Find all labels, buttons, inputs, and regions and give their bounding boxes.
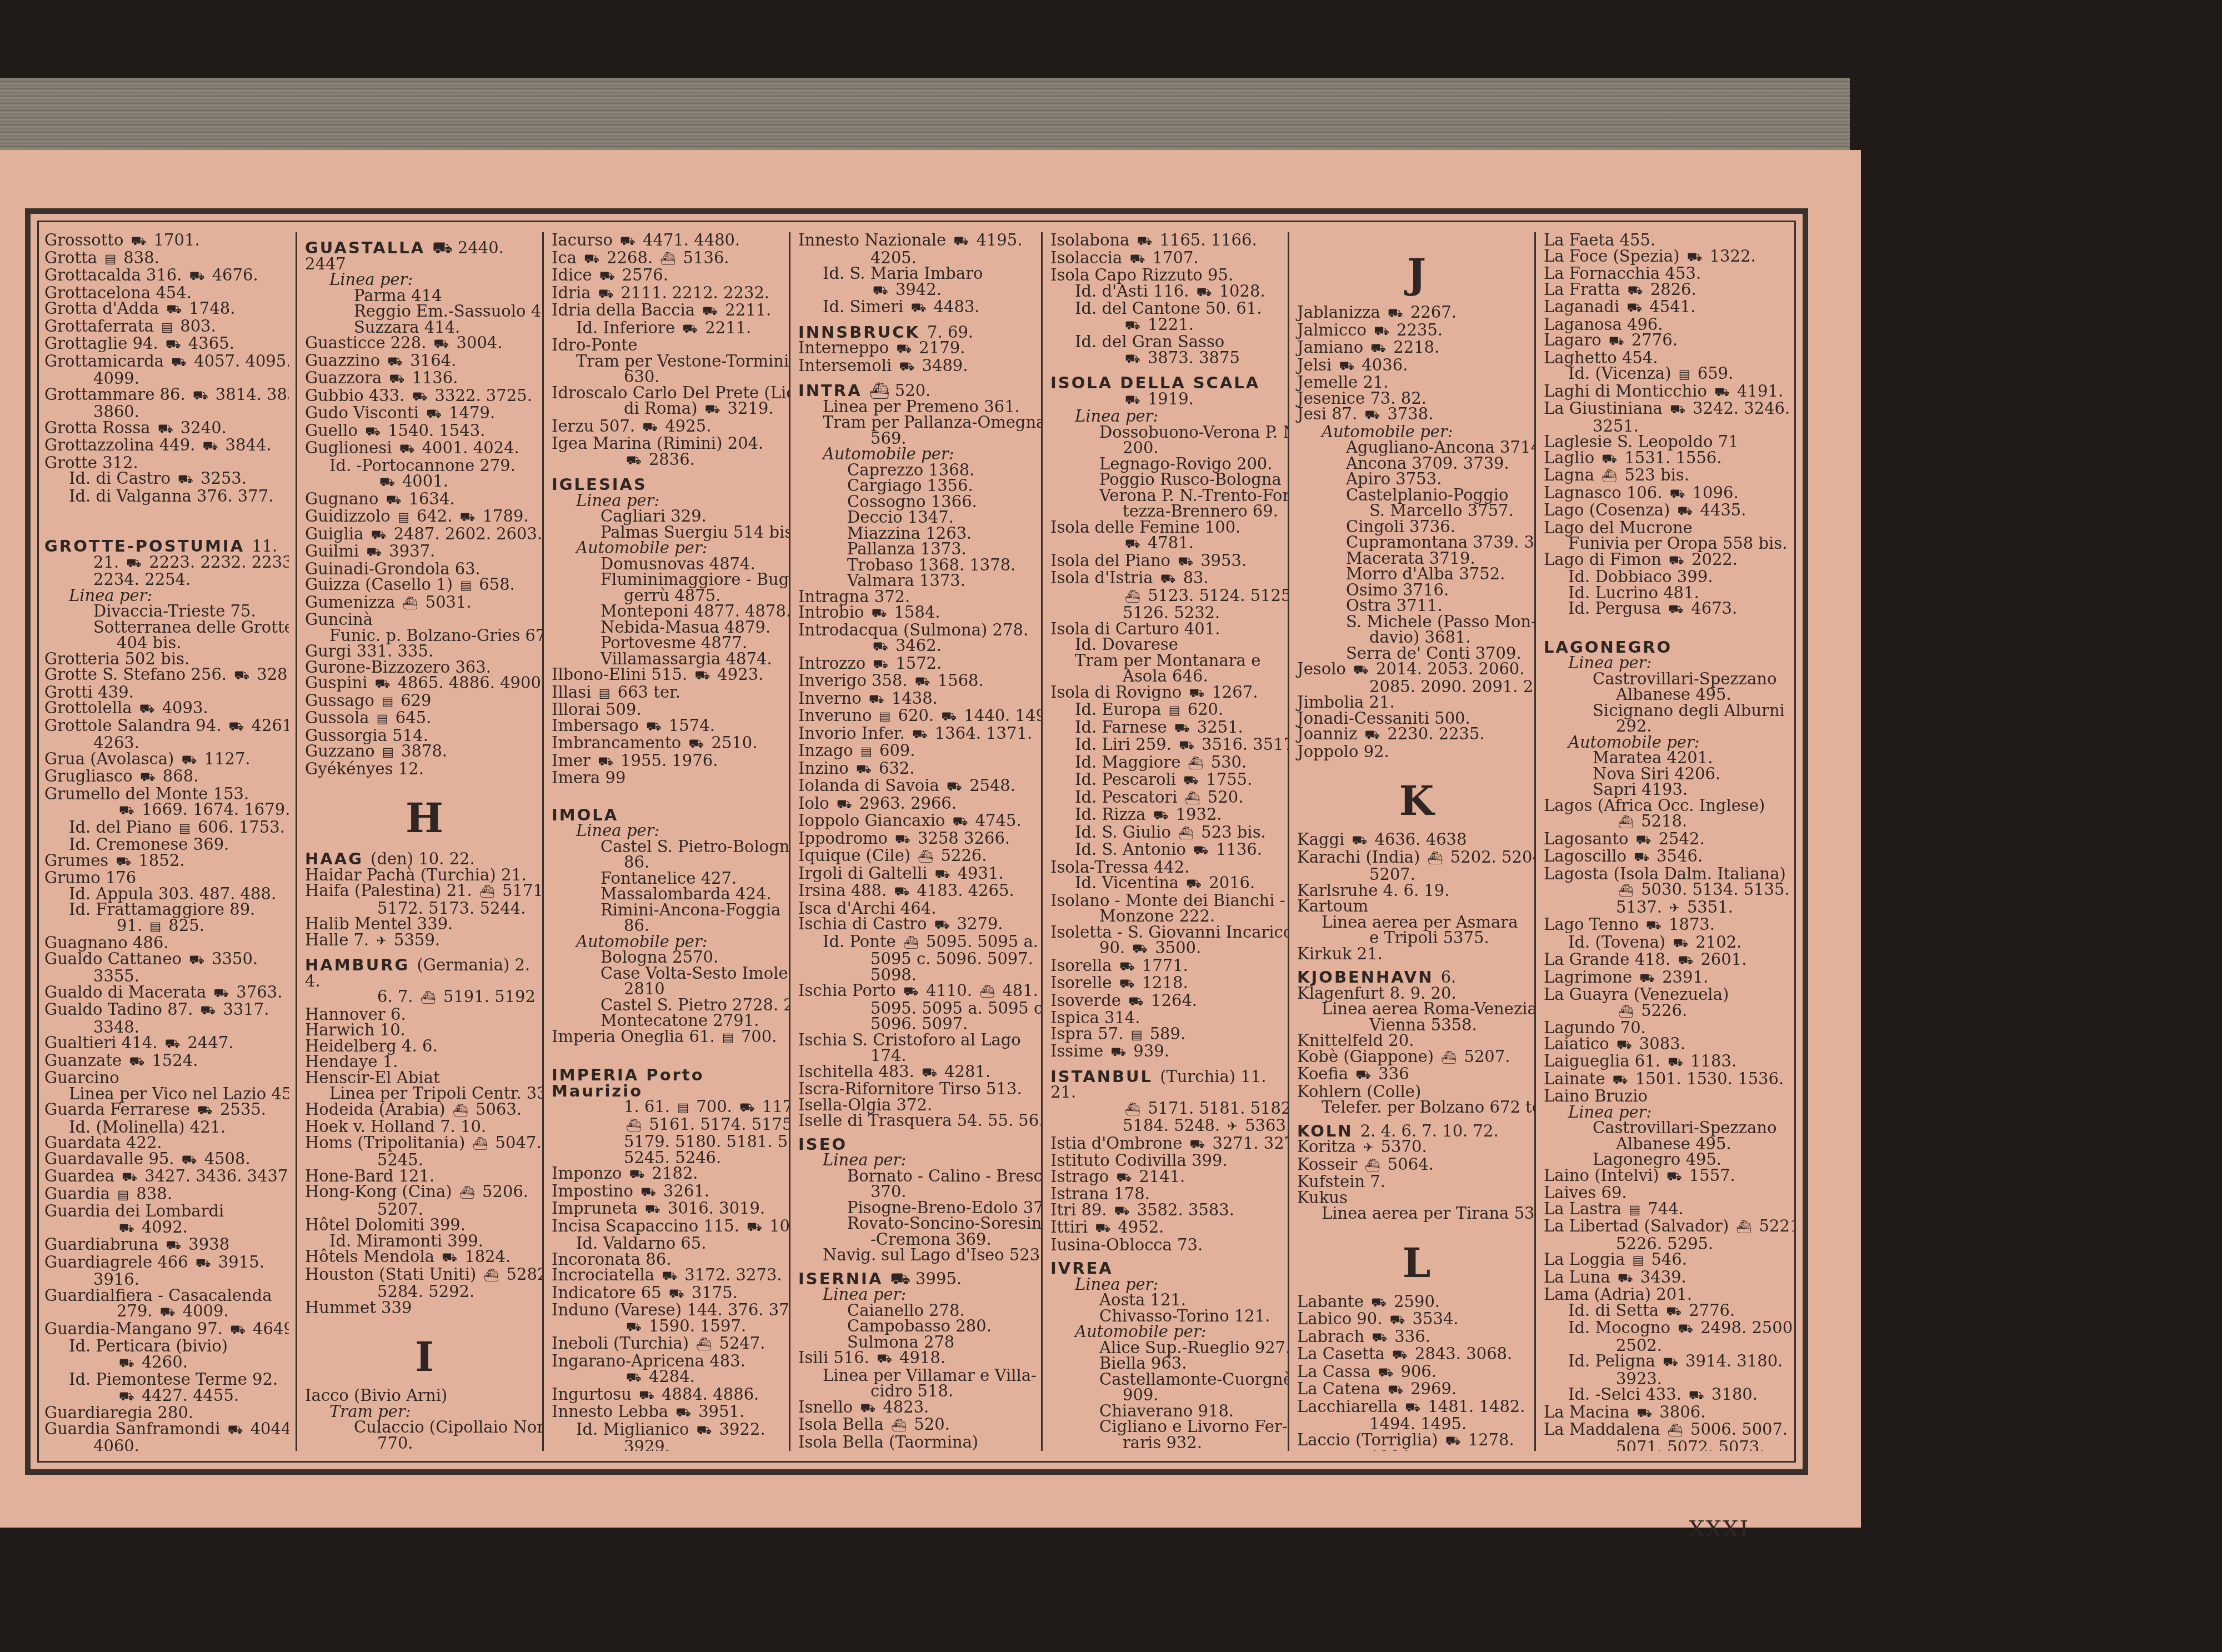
auto-bus-icon: ⛟ <box>399 442 415 458</box>
book-page-edges <box>0 78 1850 156</box>
index-entry: Inzago ▤ 609. <box>798 743 1043 760</box>
auto-bus-icon: ⛟ <box>375 677 391 693</box>
index-entry: Dossobuono-Verona P. N. <box>1050 424 1289 440</box>
auto-bus-icon: ⛟ <box>954 234 969 250</box>
index-entry: Automobile per: <box>1297 424 1536 440</box>
auto-bus-icon: ⛟ <box>1639 971 1655 987</box>
auto-bus-icon: ⛟ <box>895 832 910 848</box>
auto-bus-icon: ⛟ <box>178 472 193 488</box>
auto-bus-icon: ⛟ <box>171 355 187 371</box>
index-entry: Grumello del Monte 153. <box>44 786 289 802</box>
index-entry: Chiaverano 918. <box>1050 1403 1289 1419</box>
auto-bus-icon: ⛟ <box>1628 283 1643 299</box>
city-heading: IMPERIA Porto Maurizio <box>552 1067 790 1099</box>
auto-bus-icon: ⛟ <box>1095 1221 1110 1237</box>
boat-icon: ⛴ <box>1602 469 1617 485</box>
index-entry: Jalmicco ⛟ 2235. <box>1297 322 1536 340</box>
index-entry: Id. Dovarese <box>1050 637 1289 653</box>
train-icon: ▤ <box>1131 1028 1143 1044</box>
index-entry: 5184. 5248. ✈ 5363. <box>1050 1118 1289 1135</box>
index-entry: Grotte 312. <box>44 455 289 471</box>
auto-bus-icon: ⛟ <box>228 1423 243 1439</box>
index-entry: 86. <box>552 854 790 870</box>
index-entry: Jesolo ⛟ 2014. 2053. 2060. <box>1297 661 1536 679</box>
auto-bus-icon: ⛟ <box>1352 833 1368 849</box>
index-entry: Haifa (Palestina) 21. ⛴ 5171. <box>305 883 544 900</box>
index-entry: Imer ⛟ 1955. 1976. <box>552 753 790 770</box>
index-entry: Castrovillari-Spezzano <box>1544 1120 1794 1136</box>
city-heading: ISEO <box>798 1137 1043 1153</box>
index-entry: Morro d'Alba 3752. <box>1297 566 1536 582</box>
index-entry: Isoverde ⛟ 1264. <box>1050 993 1289 1010</box>
auto-bus-icon: ⛟ <box>366 545 382 561</box>
train-icon: ▤ <box>161 320 173 336</box>
index-entry: ⛟ 3942. <box>798 282 1043 299</box>
auto-bus-icon: ⛟ <box>166 1238 181 1254</box>
boat-icon: ⛴ <box>421 990 436 1007</box>
index-entry: Lagosanto ⛟ 2542. <box>1544 831 1794 849</box>
boat-icon: ⛴ <box>1428 851 1443 867</box>
index-entry: ⛟ 2836. <box>552 452 790 469</box>
index-entry: Automobile per: <box>552 934 790 950</box>
index-entry: 5245. <box>305 1152 544 1168</box>
boat-icon: ⛴ <box>1185 791 1200 807</box>
index-entry: Rimini-Ancona-Foggia <box>552 902 790 918</box>
index-entry: Bornato - Calino - Brescia <box>798 1168 1043 1184</box>
index-entry: Hoek v. Holland 7. 10. <box>305 1119 544 1135</box>
index-entry: 2234. 2254. <box>44 572 289 588</box>
city-heading-name: HAMBURG <box>305 955 417 974</box>
index-entry: Istrana 178. <box>1050 1186 1289 1202</box>
index-entry: Homs (Tripolitania) ⛴ 5047. <box>305 1135 544 1153</box>
index-entry: S. Marcello 3757. <box>1297 503 1536 519</box>
index-column-4: Innesto Nazionale ⛟ 4195.4205.Id. S. Mar… <box>789 232 1043 1451</box>
auto-bus-icon: ⛟ <box>682 322 698 338</box>
index-entry: Id. (Vicenza) ▤ 659. <box>1544 366 1794 383</box>
auto-bus-icon: ⛟ <box>131 234 147 250</box>
index-entry: Parma 414 <box>305 288 544 304</box>
index-entry: Lago Tenno ⛟ 1873. <box>1544 917 1794 934</box>
index-entry: Osimo 3716. <box>1297 582 1536 598</box>
index-entry: Ischitella 483. ⛟ 4281. <box>798 1064 1043 1082</box>
city-heading: KOLN 2. 4. 6. 7. 10. 72. <box>1297 1123 1536 1139</box>
index-entry: Cargiago 1356. <box>798 478 1043 494</box>
boat-icon: ⛴ <box>1736 1220 1751 1236</box>
index-entry: Laigueglia 61. ⛟ 1183. <box>1544 1053 1794 1071</box>
city-heading: INNSBRUCK 7. 69. <box>798 324 1043 341</box>
spacer <box>44 517 289 530</box>
index-entry: tezza-Brennero 69. <box>1050 503 1289 519</box>
index-entry: Introdacqua (Sulmona) 278. <box>798 622 1043 638</box>
index-entry: Idria della Baccia ⛟ 2211. <box>552 302 790 320</box>
auto-bus-icon: ⛟ <box>894 884 909 900</box>
spacer <box>44 504 289 517</box>
index-entry: Innesto Nazionale ⛟ 4195. <box>798 232 1043 250</box>
index-entry: Linea per: <box>44 588 289 604</box>
index-entry: 4263. <box>44 735 289 751</box>
auto-bus-icon: ⛟ <box>119 803 134 819</box>
auto-bus-icon: ⛟ <box>1130 252 1145 268</box>
index-entry: Croceserra-Donato 966. <box>1050 1450 1289 1451</box>
index-entry: Caprezzo 1368. <box>798 462 1043 478</box>
index-entry: Isolaccia ⛟ 1707. <box>1050 250 1289 268</box>
index-entry: Isorelle ⛟ 1218. <box>1050 975 1289 993</box>
train-icon: ▤ <box>677 1100 689 1117</box>
index-entry: Guazzora ⛟ 1136. <box>305 370 544 388</box>
index-entry: Invorio Infer. ⛟ 1364. 1371. <box>798 725 1043 743</box>
index-entry: Villamassargia 4874. <box>552 651 790 667</box>
auto-bus-icon: ⛟ <box>860 1401 875 1417</box>
index-entry: 4099. <box>44 371 289 387</box>
index-entry: Id. Rizza ⛟ 1932. <box>1050 807 1289 824</box>
index-entry: Lagoscillo ⛟ 3546. <box>1544 848 1794 866</box>
index-entry: Guardiagrele 466 ⛟ 3915. <box>44 1254 289 1272</box>
index-entry: Kufstein 7. <box>1297 1174 1536 1190</box>
index-entry: 569. <box>798 430 1043 447</box>
index-entry: 5137. ✈ 5351. <box>1544 899 1794 917</box>
index-entry: Istituto Codivilla 399. <box>1050 1153 1289 1169</box>
index-entry: Ispra 57. ▤ 589. <box>1050 1026 1289 1044</box>
index-entry: Lago (Cosenza) ⛟ 4435. <box>1544 502 1794 520</box>
auto-bus-icon: ⛟ <box>1186 877 1202 893</box>
index-entry: Isola-Tressa 442. <box>1050 859 1289 875</box>
index-entry: 174. <box>798 1048 1043 1064</box>
index-entry: La Catena ⛟ 2969. <box>1297 1381 1536 1399</box>
index-entry: Guarda Ferrarese ⛟ 2535. <box>44 1102 289 1119</box>
auto-bus-icon: ⛟ <box>896 342 912 358</box>
boat-icon: ⛴ <box>1668 1423 1683 1439</box>
index-entry: Houston (Stati Uniti) ⛴ 5282. <box>305 1266 544 1284</box>
index-entry: Guazzino ⛟ 3164. <box>305 353 544 371</box>
index-entry: La Maddalena ⛴ 5006. 5007. <box>1544 1421 1794 1439</box>
auto-bus-icon: ⛟ <box>365 424 381 440</box>
section-letter: I <box>305 1332 544 1382</box>
index-entry: Incisa Scapaccino 115. ⛟ 1028 <box>552 1218 790 1236</box>
auto-bus-icon: ⛟ <box>386 493 402 509</box>
auto-bus-icon: ⛟ <box>1663 1355 1678 1371</box>
index-entry: Serra de' Conti 3709. <box>1297 645 1536 662</box>
index-entry: Linea per Vico nel Lazio 456. <box>44 1086 289 1102</box>
boat-icon: ⛴ <box>1178 826 1194 842</box>
index-entry: Linea per: <box>1050 1276 1289 1293</box>
index-entry: Id. Valdarno 65. <box>552 1235 790 1251</box>
auto-bus-icon: ⛟ <box>1388 1383 1403 1399</box>
auto-bus-icon: ⛟ <box>1179 738 1194 754</box>
index-entry: 404 bis. <box>44 635 289 651</box>
auto-bus-icon: ⛟ <box>1627 301 1642 317</box>
index-entry: Suzzara 414. <box>305 319 544 336</box>
index-entry: Hodeida (Arabia) ⛴ 5063. <box>305 1102 544 1119</box>
auto-bus-icon: ⛟ <box>662 1269 677 1285</box>
index-entry: Gualdo di Macerata ⛟ 3763. <box>44 984 289 1002</box>
index-entry: Incoronata 86. <box>552 1251 790 1268</box>
index-entry: Isola Bella ⛴ 520. <box>798 1416 1043 1434</box>
index-entry: Jesi 87. ⛟ 3738. <box>1297 406 1536 424</box>
index-entry: Asola 646. <box>1050 668 1289 684</box>
boat-icon: ⛴ <box>403 596 418 612</box>
index-entry: 1284. <box>1297 1449 1536 1451</box>
index-entry: 5095. 5095 a. 5095 c. <box>798 1000 1043 1017</box>
index-entry: 3916. <box>44 1271 289 1288</box>
index-entry: Gyékényes 12. <box>305 761 544 777</box>
index-entry: Id. Miramonti 399. <box>305 1233 544 1249</box>
index-entry: 5172. 5173. 5244. <box>305 900 544 917</box>
index-entry: Irsina 488. ⛟ 4183. 4265. <box>798 883 1043 900</box>
auto-bus-icon: ⛟ <box>873 657 888 673</box>
index-entry: Karlsruhe 4. 6. 19. <box>1297 883 1536 899</box>
index-entry: Guardia ▤ 838. <box>44 1186 289 1204</box>
index-entry: ⛟ 3873. 3875 <box>1050 350 1289 368</box>
auto-bus-icon: ⛟ <box>1189 686 1205 702</box>
index-entry: Id. -Portocannone 279. <box>305 458 544 474</box>
index-entry: 770. <box>305 1435 544 1451</box>
auto-bus-icon: ⛟ <box>1714 385 1730 401</box>
index-entry: Palmas Suergiu 514 bis. <box>552 524 790 540</box>
auto-bus-icon: ⛟ <box>389 372 405 388</box>
auto-bus-icon: ⛟ <box>196 1256 211 1272</box>
index-entry: Id. Liri 259. ⛟ 3516. 3517. <box>1050 737 1289 754</box>
train-icon: ▤ <box>460 578 472 594</box>
index-entry: Id. S. Antonio ⛟ 1136. <box>1050 842 1289 859</box>
auto-bus-icon: ⛟ <box>1687 250 1703 266</box>
auto-bus-icon: ⛟ <box>1390 1313 1405 1329</box>
auto-bus-icon: ⛟ <box>1668 1055 1683 1071</box>
city-heading: ISTANBUL (Turchia) 11. 21. <box>1050 1069 1289 1100</box>
index-entry: Id. di Castro ⛟ 3253. <box>44 470 289 488</box>
index-entry: Guglionesi ⛟ 4001. 4024. <box>305 440 544 458</box>
index-entry: Castel S. Pietro-Bologna <box>552 839 790 855</box>
index-entry: Funivia per Oropa 558 bis. <box>1544 535 1794 552</box>
index-entry: Nova Siri 4206. <box>1544 766 1794 782</box>
city-heading: ISOLA DELLA SCALA <box>1050 375 1289 391</box>
index-entry: Reggio Em.-Sassuolo 412. <box>305 303 544 319</box>
auto-bus-icon: ⛟ <box>646 719 662 735</box>
city-heading: ISERNIA ⛟ 3995. <box>798 1271 1043 1287</box>
auto-bus-icon: ⛟ <box>598 754 613 770</box>
index-entry: Id. Farnese ⛟ 3251. <box>1050 719 1289 737</box>
spacer <box>1544 618 1794 632</box>
index-entry: ⛟ 1590. 1597. <box>552 1318 790 1336</box>
auto-bus-icon: ⛟ <box>119 1221 134 1237</box>
index-entry: Pisogne-Breno-Edolo 370. <box>798 1200 1043 1216</box>
index-entry: Linea aerea per Asmara <box>1297 914 1536 930</box>
auto-bus-icon: ⛟ <box>626 1320 642 1336</box>
index-entry: Iacco (Bivio Arni) <box>305 1388 544 1404</box>
index-entry: Ingurtosu ⛟ 4884. 4886. <box>552 1386 790 1404</box>
index-entry: Incrociatella ⛟ 3172. 3273. <box>552 1267 790 1285</box>
index-entry: Jablanizza ⛟ 2267. <box>1297 304 1536 322</box>
auto-bus-icon: ⛟ <box>1174 721 1190 737</box>
auto-bus-icon: ⛟ <box>230 1323 246 1339</box>
index-entry: Guardavalle 95. ⛟ 4508. <box>44 1151 289 1169</box>
index-entry: Imbrancamento ⛟ 2510. <box>552 735 790 753</box>
index-entry: Ingarano-Apricena 483. <box>552 1353 790 1369</box>
index-entry: 91. ▤ 825. <box>44 918 289 935</box>
auto-bus-icon: ⛟ <box>1125 318 1140 334</box>
index-entry: ⛴ 5123. 5124. 5125. <box>1050 588 1289 605</box>
auto-bus-icon: ⛟ <box>872 606 887 622</box>
index-entry: Guilmi ⛟ 3937. <box>305 543 544 561</box>
auto-bus-icon: ⛟ <box>947 779 962 795</box>
index-entry: 3355. <box>44 968 289 984</box>
index-entry: ⛴ 5218. <box>1544 813 1794 831</box>
auto-bus-icon: ⛟ <box>126 556 142 572</box>
index-entry: Cigliano e Livorno Fer- <box>1050 1419 1289 1435</box>
index-entry: Isola Capo Rizzuto 95. <box>1050 267 1289 283</box>
index-entry: Isola di Carturo 401. <box>1050 621 1289 637</box>
index-entry: Id. Frattamaggiore 89. <box>44 902 289 918</box>
index-entry: Ischia di Castro ⛟ 3279. <box>798 916 1043 934</box>
index-entry: Automobile per: <box>552 540 790 556</box>
auto-bus-icon: ⛟ <box>1365 728 1380 744</box>
auto-bus-icon: ⛟ <box>640 1185 656 1201</box>
index-entry: Tram per Montanara e <box>1050 653 1289 669</box>
auto-bus-icon: ⛟ <box>1668 602 1684 618</box>
index-entry: Guiglia ⛟ 2487. 2602. 2603. <box>305 526 544 544</box>
auto-bus-icon: ⛟ <box>645 1202 660 1218</box>
index-entry: Guasticce 228. ⛟ 3004. <box>305 335 544 353</box>
index-entry: La Cassa ⛟ 906. <box>1297 1364 1536 1381</box>
auto-bus-icon: ⛟ <box>911 301 927 317</box>
index-entry: Istrago ⛟ 2141. <box>1050 1169 1289 1187</box>
index-entry: raris 932. <box>1050 1435 1289 1451</box>
auto-bus-icon: ⛟ <box>1388 306 1403 322</box>
index-column-3: Iacurso ⛟ 4471. 4480.Ica ⛟ 2268. ⛴ 5136.… <box>542 232 790 1451</box>
train-icon: ▤ <box>377 712 388 728</box>
boat-icon: ⛴ <box>979 984 995 1000</box>
auto-bus-icon: ⛟ <box>1339 359 1354 375</box>
index-entry: La Libertad (Salvador) ⛴ 5221 <box>1544 1218 1794 1236</box>
index-entry: Culaccio (Cipollaio Nord) <box>305 1419 544 1435</box>
auto-bus-icon: ⛟ <box>1405 1400 1420 1416</box>
index-entry: Issime ⛟ 939. <box>1050 1043 1289 1061</box>
index-entry: Rovato-Soncino-Soresina <box>798 1215 1043 1232</box>
auto-bus-icon: ⛟ <box>1374 324 1389 340</box>
auto-bus-icon: ⛟ <box>1670 402 1685 418</box>
index-page: Grossotto ⛟ 1701.Grotta ▤ 838.Grottacald… <box>0 150 1861 1528</box>
index-entry: Inveruno ▤ 620. ⛟ 1440. 1497. <box>798 708 1043 725</box>
index-entry: Guardia-Mangano 97. ⛟ 4649. <box>44 1321 289 1339</box>
index-entry: ⛟ 1669. 1674. 1679. <box>44 802 289 819</box>
index-entry: Grottacalda 316. ⛟ 4676. <box>44 267 289 285</box>
index-entry: Gualdo Cattaneo ⛟ 3350. <box>44 951 289 969</box>
index-entry: Gualdo Tadino 87. ⛟ 3317. <box>44 1002 289 1019</box>
index-entry: Joanniz ⛟ 2230. 2235. <box>1297 726 1536 744</box>
index-entry: Kirkuk 21. <box>1297 946 1536 962</box>
index-entry: 6. 7. ⛴ 5191. 5192 <box>305 989 544 1007</box>
auto-bus-icon: ⛟ <box>903 984 919 1000</box>
auto-bus-icon: ⛟ <box>1613 1073 1628 1089</box>
index-entry: 2810 <box>552 981 790 997</box>
index-entry: Gubbio 433. ⛟ 3322. 3725. <box>305 388 544 406</box>
auto-bus-icon: ⛟ <box>1128 994 1144 1010</box>
city-heading: IGLESIAS <box>552 477 790 493</box>
index-entry: -Cremona 369. <box>798 1232 1043 1248</box>
auto-bus-icon: ⛟ <box>915 674 930 690</box>
auto-bus-icon: ⛟ <box>1116 1170 1132 1187</box>
index-entry: 5096. 5097. <box>798 1016 1043 1032</box>
auto-bus-icon: ⛟ <box>1193 843 1209 859</box>
auto-bus-icon: ⛟ <box>953 814 968 830</box>
index-entry: Lagna ⛴ 523 bis. <box>1544 467 1794 485</box>
index-entry: Miazzina 1263. <box>798 525 1043 542</box>
index-entry: Ilbono-Elini 515. ⛟ 4923. <box>552 667 790 684</box>
index-entry: Iquique (Cile) ⛴ 5226. <box>798 848 1043 865</box>
index-entry: Halle 7. ✈ 5359. <box>305 932 544 950</box>
index-column-2: GUASTALLA ⛟ 2440. 2447Linea per:Parma 41… <box>296 232 544 1451</box>
index-entry: Monteponi 4877. 4878. <box>552 603 790 619</box>
index-entry: La Fornacchia 453. <box>1544 266 1794 282</box>
index-entry: La Macina ⛟ 3806. <box>1544 1404 1794 1422</box>
index-entry: Id. Appula 303. 487. 488. <box>44 886 289 902</box>
index-entry: Laganadi ⛟ 4541. <box>1544 299 1794 317</box>
plane-icon: ✈ <box>1669 901 1679 917</box>
index-entry: Cingoli 3736. <box>1297 519 1536 535</box>
index-entry: Grua (Avolasca) ⛟ 1127. <box>44 751 289 769</box>
index-entry: Haidar Pachà (Turchia) 21. <box>305 867 544 883</box>
index-entry: Iacurso ⛟ 4471. 4480. <box>552 232 790 250</box>
index-entry: Massalombarda 424. <box>552 886 790 902</box>
page-frame: Grossotto ⛟ 1701.Grotta ▤ 838.Grottacald… <box>25 208 1808 1475</box>
index-entry: Linea per Tripoli Centr. 331. <box>305 1085 544 1102</box>
index-entry: Verona P. N.-Trento-For- <box>1050 488 1289 504</box>
index-entry: Ierzu 507. ⛟ 4925. <box>552 418 790 436</box>
index-entry: Pallanza 1373. <box>798 541 1043 557</box>
index-entry: 86. <box>552 918 790 934</box>
city-heading: IMOLA <box>552 807 790 823</box>
index-entry: Deccio 1347. <box>798 509 1043 525</box>
index-entry: Id. (Molinella) 421. <box>44 1119 289 1135</box>
index-entry: Kaggi ⛟ 4636. 4638 <box>1297 832 1536 849</box>
boat-icon: ⛴ <box>1618 815 1634 831</box>
index-entry: Linea per: <box>1544 655 1794 671</box>
index-entry: Id. Peligna ⛟ 3914. 3180. <box>1544 1353 1794 1371</box>
index-entry: ⛟ 4260. <box>44 1354 289 1372</box>
index-entry: Isoletta - S. Giovanni Incarico <box>1050 924 1289 940</box>
auto-bus-icon: ⛟ <box>899 359 915 376</box>
index-entry: Sapri 4193. <box>1544 782 1794 798</box>
index-entry: gerrù 4875. <box>552 588 790 604</box>
auto-bus-icon: ⛟ <box>1372 1330 1387 1346</box>
index-entry: Case Volta-Sesto Imolese <box>552 965 790 982</box>
auto-bus-icon: ⛟ <box>1673 936 1688 952</box>
train-icon: ▤ <box>179 821 191 837</box>
index-entry: Guardea ⛟ 3427. 3436. 3437. <box>44 1168 289 1186</box>
boat-icon: ⛴ <box>696 1337 712 1353</box>
index-entry: Id. Pescaroli ⛟ 1755. <box>1050 772 1289 789</box>
index-entry: Grotti 439. <box>44 684 289 700</box>
index-entry: Hummet 339 <box>305 1300 544 1316</box>
boat-icon: ⛴ <box>1618 883 1634 899</box>
boat-icon: ⛴ <box>479 884 495 900</box>
index-entry: Isili 516. ⛟ 4918. <box>798 1350 1043 1368</box>
index-entry: Id. Pescatori ⛴ 520. <box>1050 789 1289 807</box>
auto-bus-icon: ⛟ <box>140 770 156 786</box>
index-entry: Jesenice 73. 82. <box>1297 391 1536 407</box>
index-entry: Id. Miglianico ⛟ 3922. <box>552 1421 790 1439</box>
index-entry: Gussola ▤ 645. <box>305 710 544 728</box>
boat-icon: ⛴ <box>483 1268 499 1284</box>
index-entry: Ancona 3709. 3739. <box>1297 455 1536 472</box>
auto-bus-icon: ⛟ <box>1125 393 1140 409</box>
auto-bus-icon: ⛟ <box>1378 1365 1394 1381</box>
index-entry: Gussago ▤ 629 <box>305 693 544 710</box>
index-entry: Jonadi-Cessaniti 500. <box>1297 710 1536 727</box>
index-entry: Aosta 121. <box>1050 1292 1289 1308</box>
index-entry: Linea aerea Roma-Venezia- <box>1297 1001 1536 1017</box>
auto-bus-icon: ⛟ <box>160 1305 176 1321</box>
index-entry: 5245. 5246. <box>552 1150 790 1166</box>
